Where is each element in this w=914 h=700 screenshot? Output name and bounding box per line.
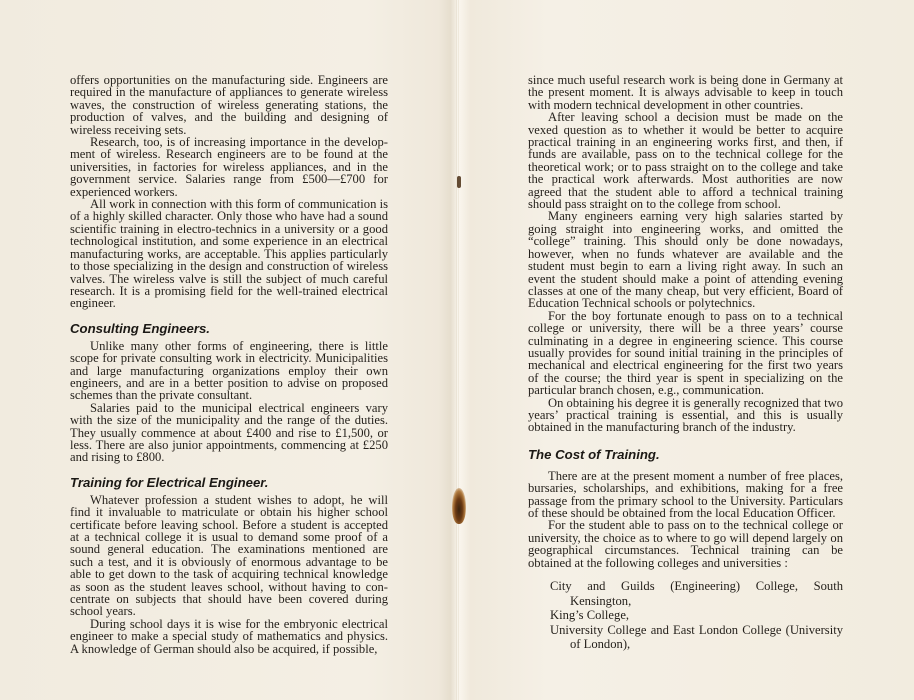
paragraph: All work in connection with this form of… — [70, 198, 388, 310]
book-spread: offers opportunities on the manufacturin… — [0, 0, 914, 700]
book-gutter — [456, 0, 459, 700]
college-list: City and Guilds (Engineering) College, S… — [528, 579, 843, 652]
paragraph: During school days it is wise for the em… — [70, 618, 388, 655]
paragraph: offers opportunities on the manufacturin… — [70, 74, 388, 136]
right-page: since much useful research work is being… — [528, 74, 843, 652]
section-heading-consulting: Consulting Engineers. — [70, 322, 388, 336]
paragraph: Many engineers earning very high salarie… — [528, 210, 843, 309]
left-page: offers opportunities on the manufacturin… — [70, 74, 388, 655]
paragraph: After leaving school a decision must be … — [528, 111, 843, 210]
paragraph: since much useful research work is being… — [528, 74, 843, 111]
binding-stain-small — [457, 176, 461, 188]
paragraph: For the boy fortunate enough to pass on … — [528, 310, 843, 397]
binding-stain — [452, 488, 466, 524]
college-list-item: City and Guilds (Engineering) College, S… — [550, 579, 843, 608]
college-list-item: King’s College, — [550, 608, 843, 623]
paragraph: On obtaining his degree it is generally … — [528, 397, 843, 434]
college-list-item: University College and East London Colle… — [550, 623, 843, 652]
paragraph: Whatever profession a student wishes to … — [70, 494, 388, 618]
section-heading-training: Training for Electrical Engineer. — [70, 476, 388, 490]
section-heading-cost: The Cost of Training. — [528, 448, 843, 462]
paragraph: Salaries paid to the municipal electrica… — [70, 402, 388, 464]
paragraph: For the student able to pass on to the t… — [528, 519, 843, 569]
paragraph: There are at the present moment a number… — [528, 470, 843, 520]
paragraph: Research, too, is of increasing importan… — [70, 136, 388, 198]
paragraph: Unlike many other forms of engineering, … — [70, 340, 388, 402]
